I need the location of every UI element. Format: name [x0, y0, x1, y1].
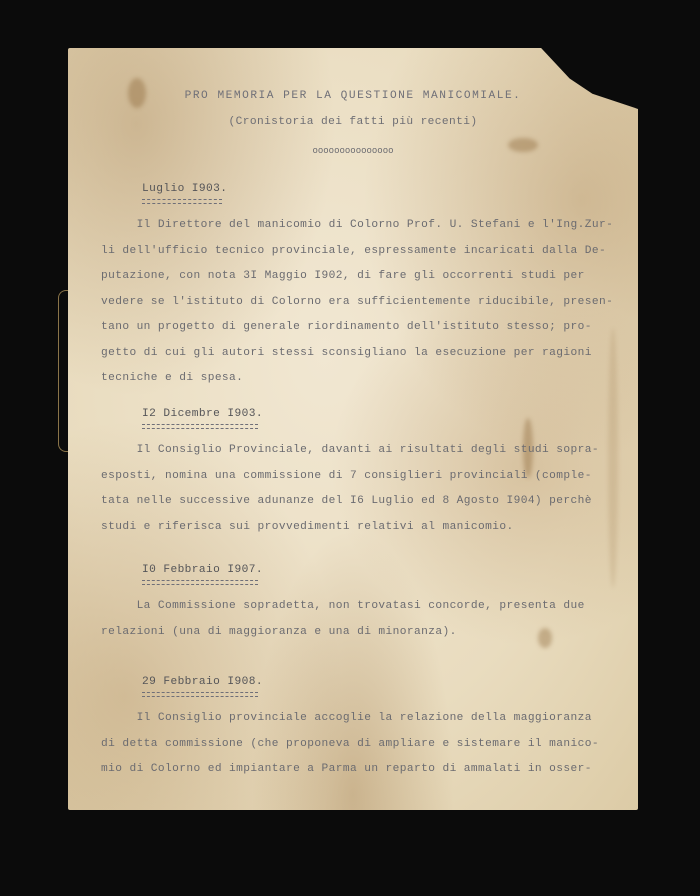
section-date: I0 Febbraio I907. [142, 564, 263, 576]
text-line: Il Consiglio provinciale accoglie la rel… [101, 706, 611, 732]
text-line: mio di Colorno ed impiantare a Parma un … [101, 757, 611, 783]
text-line: relazioni (una di maggioranza e una di m… [101, 620, 611, 646]
text-line: li dell'ufficio tecnico provinciale, esp… [101, 239, 611, 265]
section-paragraph: Il Consiglio Provinciale, davanti ai ris… [101, 438, 611, 540]
document-page: PRO MEMORIA PER LA QUESTIONE MANICOMIALE… [68, 48, 638, 810]
text-line: putazione, con nota 3I Maggio I902, di f… [101, 264, 611, 290]
separator: ooooooooooooooo [68, 146, 638, 156]
date-underline [142, 692, 258, 697]
text-line: getto di cui gli autori stessi sconsigli… [101, 341, 611, 367]
text-line: La Commissione sopradetta, non trovatasi… [101, 594, 611, 620]
date-underline [142, 199, 222, 204]
text-line: esposti, nomina una commissione di 7 con… [101, 464, 611, 490]
date-underline [142, 424, 258, 429]
document-subtitle: (Cronistoria dei fatti più recenti) [68, 116, 638, 128]
text-line: tano un progetto di generale riordinamen… [101, 315, 611, 341]
section-paragraph: Il Consiglio provinciale accoglie la rel… [101, 706, 611, 783]
section-paragraph: La Commissione sopradetta, non trovatasi… [101, 594, 611, 645]
text-line: studi e riferisca sui provvedimenti rela… [101, 515, 611, 541]
text-line: tata nelle successive adunanze del I6 Lu… [101, 489, 611, 515]
text-line: vedere se l'istituto di Colorno era suff… [101, 290, 611, 316]
text-line: di detta commissione (che proponeva di a… [101, 732, 611, 758]
text-line: tecniche e di spesa. [101, 366, 611, 392]
section-paragraph: Il Direttore del manicomio di Colorno Pr… [101, 213, 611, 392]
document-title: PRO MEMORIA PER LA QUESTIONE MANICOMIALE… [68, 90, 638, 102]
section-date: Luglio I903. [142, 183, 227, 195]
text-line: Il Consiglio Provinciale, davanti ai ris… [101, 438, 611, 464]
typewritten-text: PRO MEMORIA PER LA QUESTIONE MANICOMIALE… [68, 48, 638, 810]
section-date: 29 Febbraio I908. [142, 676, 263, 688]
section-date: I2 Dicembre I903. [142, 408, 263, 420]
date-underline [142, 580, 258, 585]
text-line: Il Direttore del manicomio di Colorno Pr… [101, 213, 611, 239]
